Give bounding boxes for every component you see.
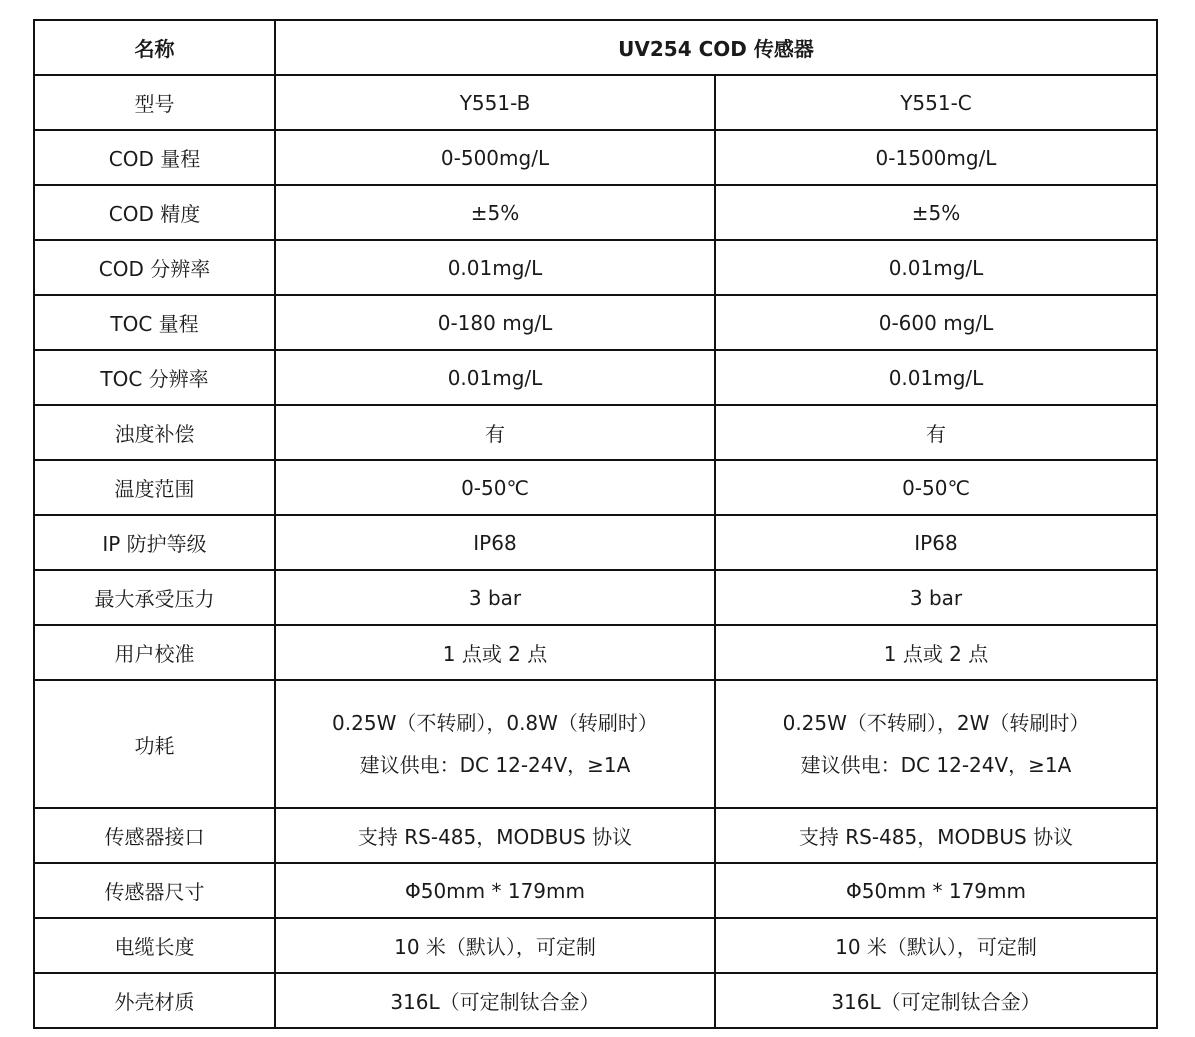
table-row-temperature-range: 温度范围 0-50℃ 0-50℃	[34, 460, 1157, 515]
power-line-2: 建议供电：DC 12-24V，≥1A	[716, 744, 1156, 786]
row-label: 最大承受压力	[34, 570, 275, 625]
table-row-toc-range: TOC 量程 0-180 mg/L 0-600 mg/L	[34, 295, 1157, 350]
value-y551-c: 10 米（默认），可定制	[715, 918, 1157, 973]
row-label: COD 精度	[34, 185, 275, 240]
value-y551-b: 316L（可定制钛合金）	[275, 973, 715, 1028]
table-row-cod-accuracy: COD 精度 ±5% ±5%	[34, 185, 1157, 240]
value-y551-b: IP68	[275, 515, 715, 570]
row-label: 传感器接口	[34, 808, 275, 863]
row-label: 外壳材质	[34, 973, 275, 1028]
value-y551-c: Y551-C	[715, 75, 1157, 130]
value-y551-c: 316L（可定制钛合金）	[715, 973, 1157, 1028]
table-row-cable-length: 电缆长度 10 米（默认），可定制 10 米（默认），可定制	[34, 918, 1157, 973]
value-y551-b: 10 米（默认），可定制	[275, 918, 715, 973]
row-label: 功耗	[34, 680, 275, 808]
table-row-sensor-interface: 传感器接口 支持 RS-485，MODBUS 协议 支持 RS-485，MODB…	[34, 808, 1157, 863]
value-y551-b: 1 点或 2 点	[275, 625, 715, 680]
value-y551-b: 支持 RS-485，MODBUS 协议	[275, 808, 715, 863]
table-row-sensor-size: 传感器尺寸 Φ50mm * 179mm Φ50mm * 179mm	[34, 863, 1157, 918]
value-y551-c: 3 bar	[715, 570, 1157, 625]
table-row-turbidity-compensation: 浊度补偿 有 有	[34, 405, 1157, 460]
value-y551-b: 0.25W（不转刷），0.8W（转刷时） 建议供电：DC 12-24V，≥1A	[275, 680, 715, 808]
power-line-1: 0.25W（不转刷），2W（转刷时）	[716, 702, 1156, 744]
value-y551-b: 0.01mg/L	[275, 350, 715, 405]
row-label: 电缆长度	[34, 918, 275, 973]
value-y551-c: 0-1500mg/L	[715, 130, 1157, 185]
value-y551-c: Φ50mm * 179mm	[715, 863, 1157, 918]
table-row-model: 型号 Y551-B Y551-C	[34, 75, 1157, 130]
value-y551-b: 3 bar	[275, 570, 715, 625]
value-y551-b: 0-180 mg/L	[275, 295, 715, 350]
table-row-cod-resolution: COD 分辨率 0.01mg/L 0.01mg/L	[34, 240, 1157, 295]
power-line-1: 0.25W（不转刷），0.8W（转刷时）	[276, 702, 714, 744]
row-label: 浊度补偿	[34, 405, 275, 460]
value-y551-c: 1 点或 2 点	[715, 625, 1157, 680]
row-label: 传感器尺寸	[34, 863, 275, 918]
value-y551-b: 0-500mg/L	[275, 130, 715, 185]
spec-table: 名称 UV254 COD 传感器 型号 Y551-B Y551-C COD 量程…	[33, 19, 1158, 1029]
table-row-user-calibration: 用户校准 1 点或 2 点 1 点或 2 点	[34, 625, 1157, 680]
value-y551-b: Φ50mm * 179mm	[275, 863, 715, 918]
value-y551-b: 0.01mg/L	[275, 240, 715, 295]
row-label: 型号	[34, 75, 275, 130]
value-y551-b: 0-50℃	[275, 460, 715, 515]
value-y551-c: 0.01mg/L	[715, 350, 1157, 405]
value-y551-c: 有	[715, 405, 1157, 460]
value-y551-c: 0-50℃	[715, 460, 1157, 515]
value-y551-b: 有	[275, 405, 715, 460]
value-y551-c: 0-600 mg/L	[715, 295, 1157, 350]
value-y551-c: 0.25W（不转刷），2W（转刷时） 建议供电：DC 12-24V，≥1A	[715, 680, 1157, 808]
row-label: COD 量程	[34, 130, 275, 185]
value-y551-c: IP68	[715, 515, 1157, 570]
table-row-power-consumption: 功耗 0.25W（不转刷），0.8W（转刷时） 建议供电：DC 12-24V，≥…	[34, 680, 1157, 808]
power-line-2: 建议供电：DC 12-24V，≥1A	[276, 744, 714, 786]
table-row-cod-range: COD 量程 0-500mg/L 0-1500mg/L	[34, 130, 1157, 185]
row-label: 用户校准	[34, 625, 275, 680]
table-row-max-pressure: 最大承受压力 3 bar 3 bar	[34, 570, 1157, 625]
table-row-ip-rating: IP 防护等级 IP68 IP68	[34, 515, 1157, 570]
value-y551-c: 0.01mg/L	[715, 240, 1157, 295]
row-label: TOC 分辨率	[34, 350, 275, 405]
header-product-title: UV254 COD 传感器	[275, 20, 1157, 75]
row-label: TOC 量程	[34, 295, 275, 350]
value-y551-c: 支持 RS-485，MODBUS 协议	[715, 808, 1157, 863]
row-label: 温度范围	[34, 460, 275, 515]
row-label: COD 分辨率	[34, 240, 275, 295]
header-name-label: 名称	[34, 20, 275, 75]
table-row-toc-resolution: TOC 分辨率 0.01mg/L 0.01mg/L	[34, 350, 1157, 405]
row-label: IP 防护等级	[34, 515, 275, 570]
header-row: 名称 UV254 COD 传感器	[34, 20, 1157, 75]
value-y551-b: ±5%	[275, 185, 715, 240]
value-y551-c: ±5%	[715, 185, 1157, 240]
table-row-housing-material: 外壳材质 316L（可定制钛合金） 316L（可定制钛合金）	[34, 973, 1157, 1028]
value-y551-b: Y551-B	[275, 75, 715, 130]
